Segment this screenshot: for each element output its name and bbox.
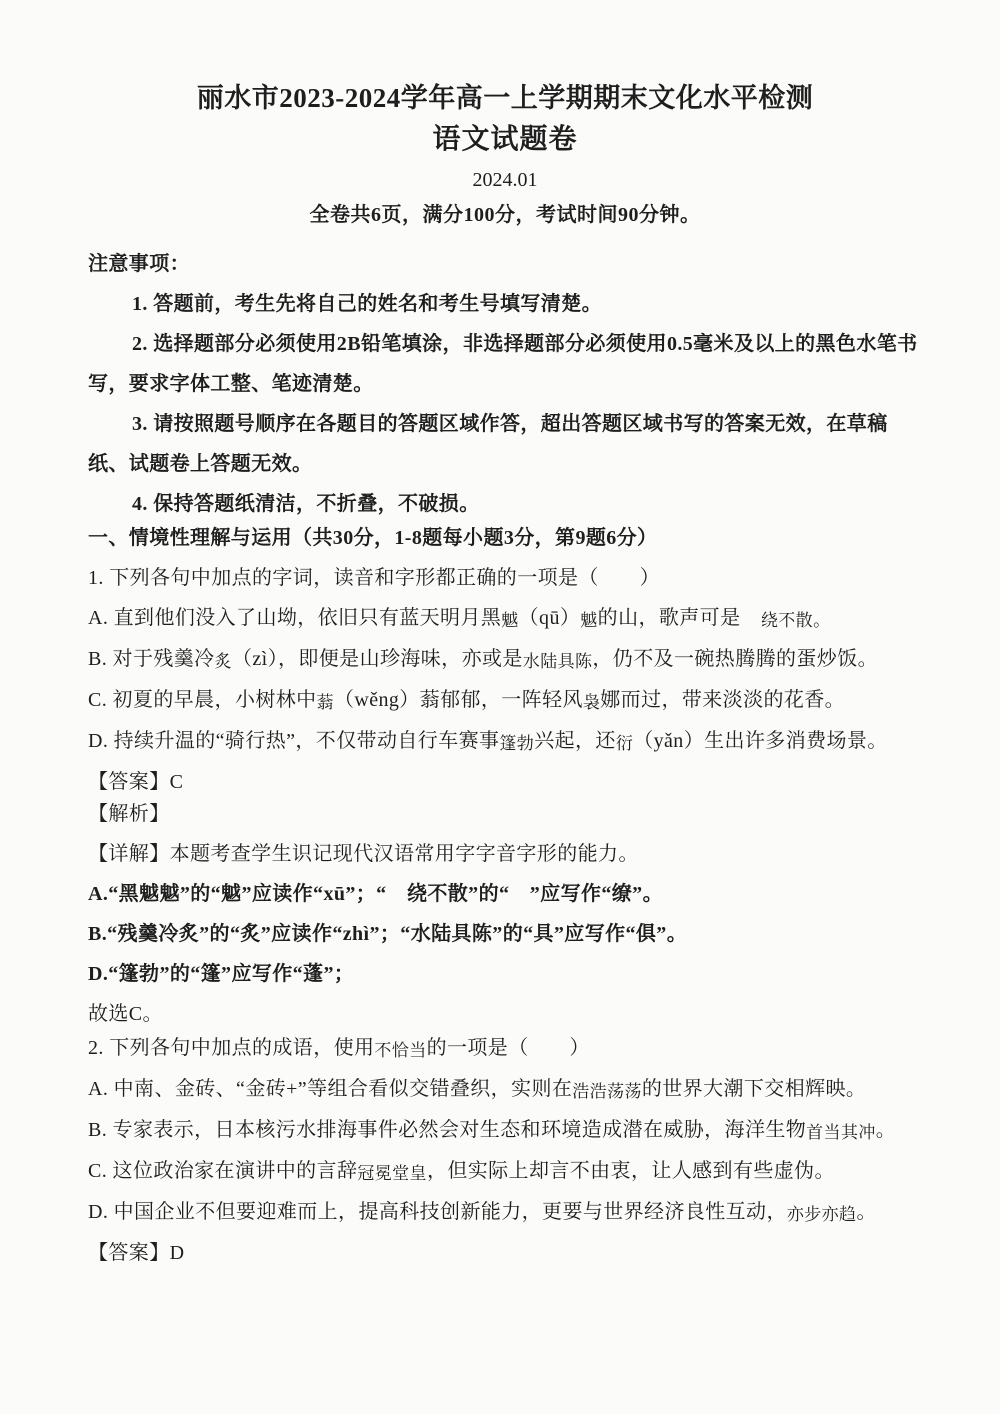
question-2-answer: 【答案】D [88,1233,922,1273]
plain-text: 兴起，还 [534,730,616,752]
analysis-heading: 【解析】 [88,794,922,834]
plain-text: （zì），即便是山珍海味，亦或是 [232,648,523,670]
plain-text: A. 直到他们没入了山坳，依旧只有蓝天明月黑 [88,607,501,629]
plain-text: ，仍不及一碗热腾腾的蛋炒饭。 [592,648,878,670]
question-1-analysis: 【解析】 【详解】本题考查学生识记现代汉语常用字字音字形的能力。 A.“黑魆魆”… [88,794,922,1034]
plain-text: 。 [856,1201,876,1223]
question-1-option-b: B. 对于残羹冷炙（zì），即便是山珍海味，亦或是水陆具陈，仍不及一碗热腾腾的蛋… [88,639,922,680]
exam-paper-page: 丽水市2023-2024学年高一上学期期末文化水平检测 语文试题卷 2024.0… [0,0,1000,1414]
plain-text: ，但实际上却言不由衷，让人感到有些虚伪。 [427,1160,835,1182]
exam-subtitle: 语文试题卷 [88,118,922,162]
notice-item-3: 3. 请按照题号顺序在各题目的答题区域作答，超出答题区域书写的答案无效，在草稿纸… [88,404,922,484]
question-1-option-a: A. 直到他们没入了山坳，依旧只有蓝天明月黑魆（qū）魆的山，歌声可是 绕不散。 [88,598,922,639]
analysis-detail: 【详解】本题考查学生识记现代汉语常用字字音字形的能力。 [88,834,922,874]
emphasised-text: 蓊 [317,693,334,712]
question-1: 1. 下列各句中加点的字词，读音和字形都正确的一项是（ ） A. 直到他们没入了… [88,558,922,802]
emphasised-text: 篷勃 [499,734,534,753]
question-2-option-b: B. 专家表示，日本核污水排海事件必然会对生态和环境造成潜在威胁，海洋生物首当其… [88,1110,922,1151]
plain-text: 娜而过，带来淡淡的花香。 [600,689,845,711]
question-1-option-d: D. 持续升温的“骑行热”，不仅带动自行车赛事篷勃兴起，还衍（yǎn）生出许多消… [88,721,922,762]
plain-text: 的一项是（ ） [427,1037,590,1059]
emphasised-text: 亦步亦趋 [787,1205,857,1224]
notice-item-2: 2. 选择题部分必须使用2B铅笔填涂，非选择题部分必须使用0.5毫米及以上的黑色… [88,324,922,404]
emphasised-text: 首当其冲 [806,1123,876,1142]
section-1-heading: 一、情境性理解与运用（共30分，1-8题每小题3分，第9题6分） [88,518,922,558]
emphasised-text: 不恰当 [374,1041,426,1060]
plain-text: D. 中国企业不但要迎难而上，提高科技创新能力，更要与世界经济良性互动， [88,1201,787,1223]
emphasised-text: 衍 [616,734,633,753]
plain-text: 的世界大潮下交相辉映。 [642,1078,866,1100]
question-1-stem: 1. 下列各句中加点的字词，读音和字形都正确的一项是（ ） [88,558,922,598]
analysis-expl-d: D.“篷勃”的“篷”应写作“蓬”； [88,954,922,994]
plain-text: C. 初夏的早晨，小树林中 [88,689,317,711]
emphasised-text: 魆 [501,611,518,630]
question-1-option-c: C. 初夏的早晨，小树林中蓊（wěng）蓊郁郁，一阵轻风袅娜而过，带来淡淡的花香… [88,680,922,721]
exam-meta: 全卷共6页，满分100分，考试时间90分钟。 [88,198,922,232]
plain-text: 的山，歌声可是 [598,607,761,629]
plain-text: 。 [876,1119,896,1141]
exam-header: 丽水市2023-2024学年高一上学期期末文化水平检测 语文试题卷 2024.0… [88,78,922,232]
analysis-expl-a: A.“黑魆魆”的“魆”应读作“xū”；“ 绕不散”的“ ”应写作“缭”。 [88,874,922,914]
notice-heading: 注意事项： [88,244,922,284]
notice-section: 注意事项： 1. 答题前，考生先将自己的姓名和考生号填写清楚。 2. 选择题部分… [88,244,922,524]
plain-text: 2. 下列各句中加点的成语，使用 [88,1037,374,1059]
emphasised-text: 冠冕堂皇 [357,1164,427,1183]
emphasised-text: 绕不散。 [761,611,831,630]
question-2-option-a: A. 中南、金砖、“金砖+”等组合看似交错叠织，实则在浩浩荡荡的世界大潮下交相辉… [88,1069,922,1110]
plain-text: （yǎn）生出许多消费场景。 [633,730,887,752]
plain-text: B. 专家表示，日本核污水排海事件必然会对生态和环境造成潜在威胁，海洋生物 [88,1119,806,1141]
exam-title: 丽水市2023-2024学年高一上学期期末文化水平检测 [88,78,922,118]
plain-text: A. 中南、金砖、“金砖+”等组合看似交错叠织，实则在 [88,1078,572,1100]
emphasised-text: 浩浩荡荡 [572,1082,642,1101]
plain-text: D. 持续升温的“骑行热”，不仅带动自行车赛事 [88,730,499,752]
analysis-expl-b: B.“残羹冷炙”的“炙”应读作“zhì”；“水陆具陈”的“具”应写作“俱”。 [88,914,922,954]
plain-text: 1. 下列各句中加点的字词，读音和字形都正确的一项是（ ） [88,567,660,589]
plain-text: （qū） [519,607,581,629]
emphasised-text: 袅 [583,693,600,712]
emphasised-text: 水陆具陈 [523,652,593,671]
notice-item-1: 1. 答题前，考生先将自己的姓名和考生号填写清楚。 [88,284,922,324]
emphasised-text: 魆 [580,611,597,630]
question-2-option-d: D. 中国企业不但要迎难而上，提高科技创新能力，更要与世界经济良性互动，亦步亦趋… [88,1192,922,1233]
question-2-stem: 2. 下列各句中加点的成语，使用不恰当的一项是（ ） [88,1028,922,1069]
exam-date: 2024.01 [88,162,922,198]
plain-text: （wěng）蓊郁郁，一阵轻风 [334,689,583,711]
plain-text: B. 对于残羹冷 [88,648,215,670]
emphasised-text: 炙 [215,652,232,671]
question-2-option-c: C. 这位政治家在演讲中的言辞冠冕堂皇，但实际上却言不由衷，让人感到有些虚伪。 [88,1151,922,1192]
question-2: 2. 下列各句中加点的成语，使用不恰当的一项是（ ） A. 中南、金砖、“金砖+… [88,1028,922,1273]
plain-text: C. 这位政治家在演讲中的言辞 [88,1160,357,1182]
